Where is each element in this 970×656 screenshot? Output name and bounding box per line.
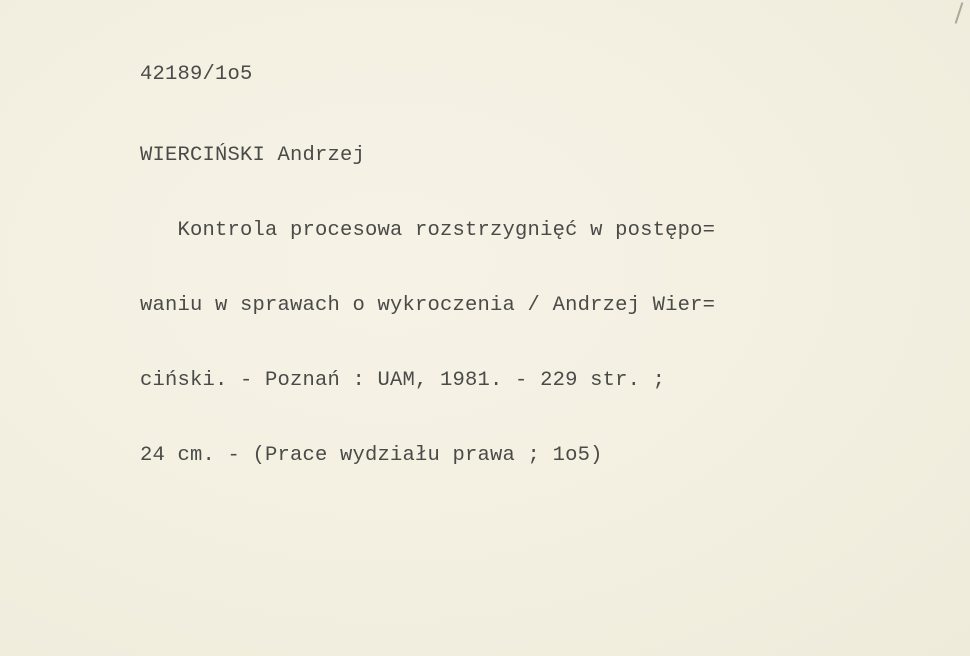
corner-pen-mark xyxy=(955,2,964,24)
catalog-card: 42189/1o5 WIERCIŃSKI Andrzej Kontrola pr… xyxy=(0,0,970,656)
call-number: 42189/1o5 xyxy=(140,62,253,87)
description-line: waniu w sprawach o wykroczenia / Andrzej… xyxy=(140,293,715,318)
author-heading: WIERCIŃSKI Andrzej xyxy=(140,143,365,168)
bibliographic-description: Kontrola procesowa rozstrzygnięć w postę… xyxy=(140,168,715,518)
description-line: Kontrola procesowa rozstrzygnięć w postę… xyxy=(140,218,715,243)
description-line: ciński. - Poznań : UAM, 1981. - 229 str.… xyxy=(140,368,715,393)
description-line: 24 cm. - (Prace wydziału prawa ; 1o5) xyxy=(140,443,715,468)
